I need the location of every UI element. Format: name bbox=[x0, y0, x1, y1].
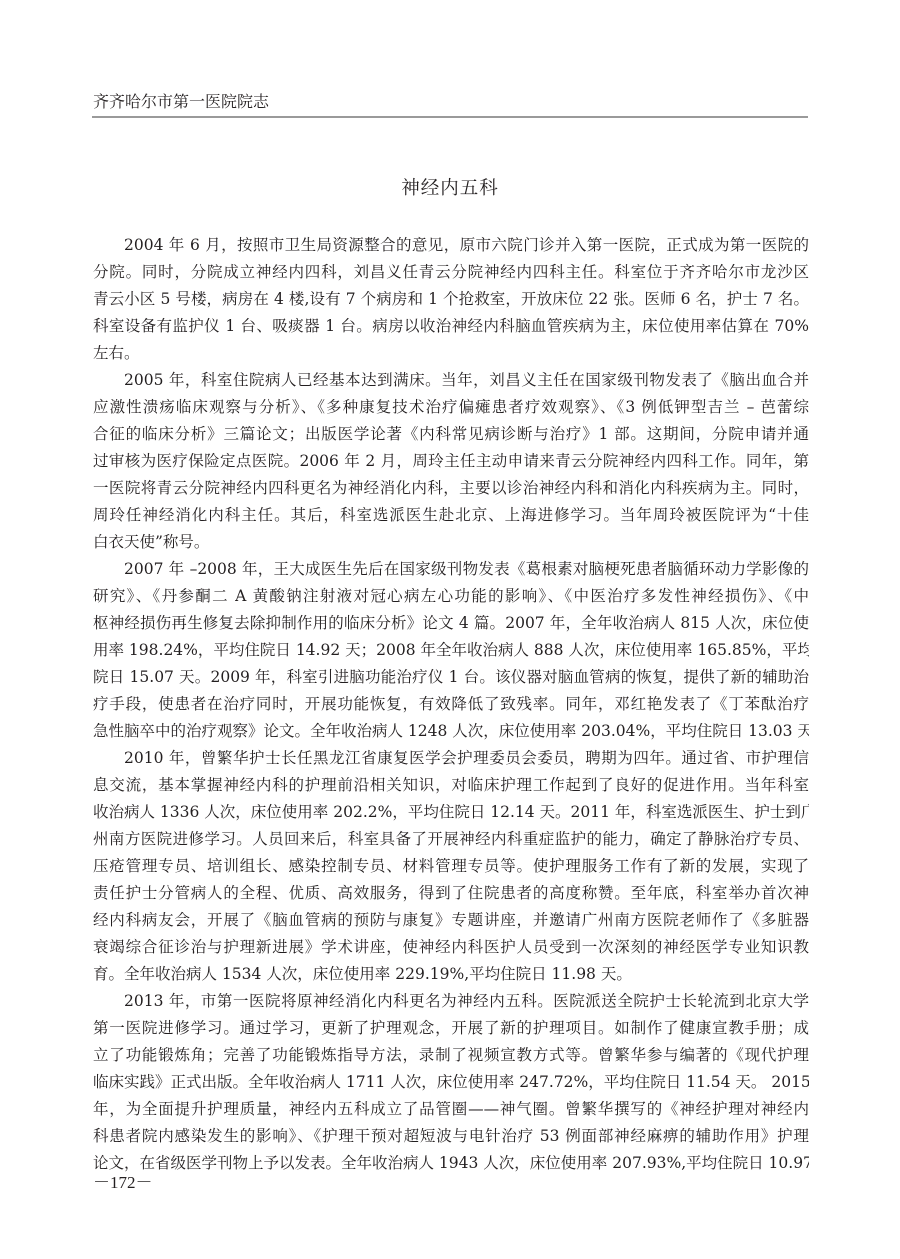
running-header-title: 齐齐哈尔市第一医院院志 bbox=[93, 89, 269, 112]
paragraph: 2013 年，市第一医院将原神经消化内科更名为神经内五科。医院派送全院护士长轮流… bbox=[93, 988, 809, 1177]
text-line: 急性脑卒中的治疗观察》论文。全年收治病人 1248 人次，床位使用率 203.0… bbox=[93, 718, 809, 745]
text-line: 疗手段，使患者在治疗同时，开展功能恢复，有效降低了致残率。同年，邓红艳发表了《丁… bbox=[93, 691, 809, 718]
text-line: 应激性溃疡临床观察与分析》、《多种康复技术治疗偏瘫患者疗效观察》、《3 例低钾型… bbox=[93, 394, 809, 421]
text-line: 年，为全面提升护理质量，神经内五科成立了品管圈——神气圈。曾繁华撰写的《神经护理… bbox=[93, 1096, 809, 1123]
text-line: 收治病人 1336 人次，床位使用率 202.2%，平均住院日 12.14 天。… bbox=[93, 799, 809, 826]
header-rule-divider bbox=[92, 116, 808, 118]
body-text: 2004 年 6 月，按照市卫生局资源整合的意见，原市六院门诊并入第一医院，正式… bbox=[93, 232, 809, 1177]
text-line: 立了功能锻炼角；完善了功能锻炼指导方法，录制了视频宣教方式等。曾繁华参与编著的《… bbox=[93, 1042, 809, 1069]
paragraph: 2010 年，曾繁华护士长任黑龙江省康复医学会护理委员会委员，聘期为四年。通过省… bbox=[93, 745, 809, 988]
text-line: 经内科病友会，开展了《脑血管病的预防与康复》专题讲座，并邀请广州南方医院老师作了… bbox=[93, 907, 809, 934]
paragraph: 2007 年 –2008 年，王大成医生先后在国家级刊物发表《葛根素对脑梗死患者… bbox=[93, 556, 809, 745]
paragraph: 2004 年 6 月，按照市卫生局资源整合的意见，原市六院门诊并入第一医院，正式… bbox=[93, 232, 809, 367]
text-line: 2007 年 –2008 年，王大成医生先后在国家级刊物发表《葛根素对脑梗死患者… bbox=[93, 556, 809, 583]
text-line: 2010 年，曾繁华护士长任黑龙江省康复医学会护理委员会委员，聘期为四年。通过省… bbox=[93, 745, 809, 772]
text-line: 枢神经损伤再生修复去除抑制作用的临床分析》论文 4 篇。2007 年，全年收治病… bbox=[93, 610, 809, 637]
text-line: 院日 15.07 天。2009 年，科室引进脑功能治疗仪 1 台。该仪器对脑血管… bbox=[93, 664, 809, 691]
text-line: 衰竭综合征诊治与护理新进展》学术讲座，使神经内科医护人员受到一次深刻的神经医学专… bbox=[93, 934, 809, 961]
text-line: 压疮管理专员、培训组长、感染控制专员、材料管理专员等。使护理服务工作有了新的发展… bbox=[93, 853, 809, 880]
text-line: 第一医院进修学习。通过学习，更新了护理观念，开展了新的护理项目。如制作了健康宣教… bbox=[93, 1015, 809, 1042]
text-line: 2004 年 6 月，按照市卫生局资源整合的意见，原市六院门诊并入第一医院，正式… bbox=[93, 232, 809, 259]
text-line: 分院。同时，分院成立神经内四科，刘昌义任青云分院神经内四科主任。科室位于齐齐哈尔… bbox=[93, 259, 809, 286]
text-line: 周玲任神经消化内科主任。其后，科室选派医生赴北京、上海进修学习。当年周玲被医院评… bbox=[93, 502, 809, 529]
text-line: 2005 年，科室住院病人已经基本达到满床。当年，刘昌义主任在国家级刊物发表了《… bbox=[93, 367, 809, 394]
text-line: 左右。 bbox=[93, 340, 809, 367]
section-title: 神经内五科 bbox=[0, 174, 900, 200]
text-line: 临床实践》正式出版。全年收治病人 1711 人次，床位使用率 247.72%，平… bbox=[93, 1069, 809, 1096]
text-line: 育。全年收治病人 1534 人次，床位使用率 229.19%,平均住院日 11.… bbox=[93, 961, 809, 988]
text-line: 一医院将青云分院神经内四科更名为神经消化内科，主要以诊治神经内科和消化内科疾病为… bbox=[93, 475, 809, 502]
text-line: 息交流，基本掌握神经内科的护理前沿相关知识，对临床护理工作起到了良好的促进作用。… bbox=[93, 772, 809, 799]
text-line: 责任护士分管病人的全程、优质、高效服务，得到了住院患者的高度称赞。至年底，科室举… bbox=[93, 880, 809, 907]
text-line: 州南方医院进修学习。人员回来后，科室具备了开展神经内科重症监护的能力，确定了静脉… bbox=[93, 826, 809, 853]
text-line: 2013 年，市第一医院将原神经消化内科更名为神经内五科。医院派送全院护士长轮流… bbox=[93, 988, 809, 1015]
text-line: 研究》、《丹参酮二 A 黄酸钠注射液对冠心病左心功能的影响》、《中医治疗多发性神… bbox=[93, 583, 809, 610]
text-line: 科室设备有监护仪 1 台、吸痰器 1 台。病房以收治神经内科脑血管疾病为主，床位… bbox=[93, 313, 809, 340]
paragraph: 2005 年，科室住院病人已经基本达到满床。当年，刘昌义主任在国家级刊物发表了《… bbox=[93, 367, 809, 556]
text-line: 过审核为医疗保险定点医院。2006 年 2 月，周玲主任主动申请来青云分院神经内… bbox=[93, 448, 809, 475]
text-line: 白衣天使”称号。 bbox=[93, 529, 809, 556]
text-line: 合征的临床分析》三篇论文；出版医学论著《内科常见病诊断与治疗》1 部。这期间，分… bbox=[93, 421, 809, 448]
text-line: 用率 198.24%，平均住院日 14.92 天；2008 年全年收治病人 88… bbox=[93, 637, 809, 664]
text-line: 论文，在省级医学刊物上予以发表。全年收治病人 1943 人次，床位使用率 207… bbox=[93, 1150, 809, 1177]
text-line: 青云小区 5 号楼，病房在 4 楼,设有 7 个病房和 1 个抢救室，开放床位 … bbox=[93, 286, 809, 313]
text-line: 科患者院内感染发生的影响》、《护理干预对超短波与电针治疗 53 例面部神经麻痹的… bbox=[93, 1123, 809, 1150]
page-number: －172－ bbox=[93, 1168, 153, 1193]
